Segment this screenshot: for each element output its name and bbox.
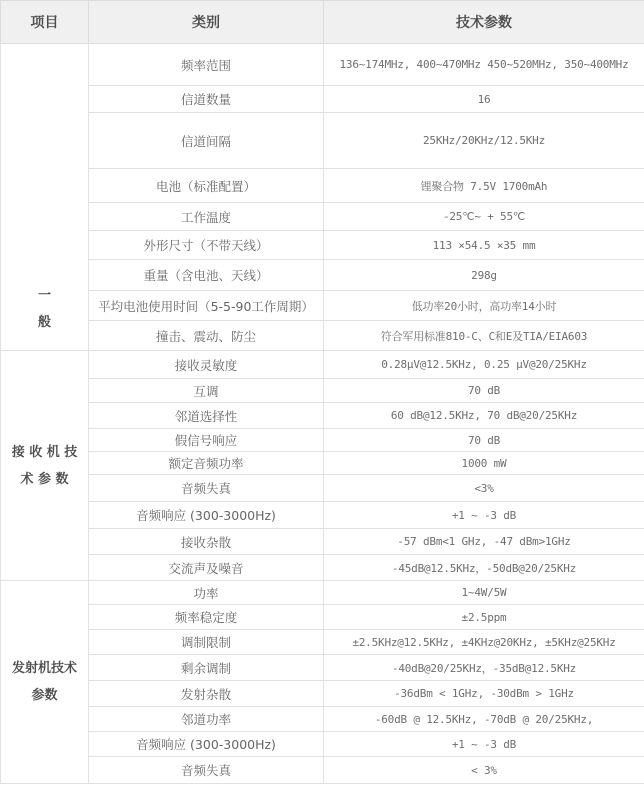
category-cell: 额定音频功率	[89, 452, 324, 475]
category-cell: 平均电池使用时间（5-5-90工作周期）	[89, 291, 324, 321]
group-label-line: 发射机技术	[3, 655, 86, 682]
category-cell: 调制限制	[89, 630, 324, 655]
category-cell: 音频响应 (300-3000Hz)	[89, 502, 324, 529]
category-cell: 工作温度	[89, 203, 324, 231]
value-cell: 1~4W/5W	[324, 581, 644, 605]
category-cell: 剩余调制	[89, 655, 324, 681]
category-cell: 接收杂散	[89, 529, 324, 555]
table-row: 工作温度-25℃~ + 55℃	[1, 203, 644, 231]
table-row: 额定音频功率1000 mW	[1, 452, 644, 475]
category-cell: 发射杂散	[89, 681, 324, 707]
group-label-line: 术 参 数	[3, 466, 86, 493]
table-row: 剩余调制-40dB@20/25KHz，-35dB@12.5KHz	[1, 655, 644, 681]
group-label-cell: 发射机技术参数	[1, 581, 89, 784]
category-cell: 撞击、震动、防尘	[89, 321, 324, 351]
value-cell: -25℃~ + 55℃	[324, 203, 644, 231]
category-cell: 假信号响应	[89, 429, 324, 452]
group-label-line: 般	[3, 309, 86, 336]
value-cell: 符合军用标准810-C、C和E及TIA/EIA603	[324, 321, 644, 351]
category-cell: 频率稳定度	[89, 605, 324, 630]
category-cell: 音频响应 (300-3000Hz)	[89, 732, 324, 757]
category-cell: 功率	[89, 581, 324, 605]
spec-table-body: 一般频率范围136~174MHz, 400~470MHz 450~520MHz,…	[1, 44, 644, 784]
table-row: 调制限制±2.5KHz@12.5KHz, ±4KHz@20KHz, ±5KHz@…	[1, 630, 644, 655]
spec-table-header: 项目 类别 技术参数	[1, 1, 644, 44]
category-cell: 互调	[89, 379, 324, 403]
value-cell: 298g	[324, 260, 644, 291]
value-cell: -45dB@12.5KHz，-50dB@20/25KHz	[324, 555, 644, 581]
table-row: 音频失真<3%	[1, 475, 644, 502]
category-cell: 电池（标准配置）	[89, 169, 324, 203]
table-row: 邻道功率-60dB @ 12.5KHz, -70dB @ 20/25KHz,	[1, 707, 644, 732]
value-cell: 136~174MHz, 400~470MHz 450~520MHz, 350~4…	[324, 44, 644, 86]
table-row: 信道间隔25KHz/20KHz/12.5KHz	[1, 113, 644, 169]
table-row: 邻道选择性60 dB@12.5KHz, 70 dB@20/25KHz	[1, 403, 644, 429]
group-label-cell: 接 收 机 技术 参 数	[1, 351, 89, 581]
category-cell: 音频失真	[89, 757, 324, 784]
header-parameter: 技术参数	[324, 1, 644, 44]
value-cell: < 3%	[324, 757, 644, 784]
value-cell: 60 dB@12.5KHz, 70 dB@20/25KHz	[324, 403, 644, 429]
value-cell: <3%	[324, 475, 644, 502]
value-cell: +1 ~ -3 dB	[324, 502, 644, 529]
table-row: 音频响应 (300-3000Hz)+1 ~ -3 dB	[1, 502, 644, 529]
table-row: 音频失真< 3%	[1, 757, 644, 784]
value-cell: 113 ×54.5 ×35 mm	[324, 231, 644, 260]
group-label-line: 参数	[3, 682, 86, 709]
table-row: 重量（含电池、天线）298g	[1, 260, 644, 291]
table-row: 频率稳定度±2.5ppm	[1, 605, 644, 630]
group-label-cell: 一般	[1, 44, 89, 351]
value-cell: ±2.5ppm	[324, 605, 644, 630]
group-label-line: 接 收 机 技	[3, 439, 86, 466]
category-cell: 频率范围	[89, 44, 324, 86]
value-cell: 70 dB	[324, 429, 644, 452]
value-cell: +1 ~ -3 dB	[324, 732, 644, 757]
group-label-line: 一	[3, 282, 86, 309]
table-row: 一般频率范围136~174MHz, 400~470MHz 450~520MHz,…	[1, 44, 644, 86]
value-cell: ±2.5KHz@12.5KHz, ±4KHz@20KHz, ±5KHz@25KH…	[324, 630, 644, 655]
category-cell: 外形尺寸（不带天线）	[89, 231, 324, 260]
table-row: 电池（标准配置）锂聚合物 7.5V 1700mAh	[1, 169, 644, 203]
value-cell: 70 dB	[324, 379, 644, 403]
category-cell: 邻道功率	[89, 707, 324, 732]
spec-table: 项目 类别 技术参数 一般频率范围136~174MHz, 400~470MHz …	[0, 0, 644, 784]
value-cell: 1000 mW	[324, 452, 644, 475]
value-cell: -60dB @ 12.5KHz, -70dB @ 20/25KHz,	[324, 707, 644, 732]
value-cell: 锂聚合物 7.5V 1700mAh	[324, 169, 644, 203]
table-row: 假信号响应70 dB	[1, 429, 644, 452]
category-cell: 音频失真	[89, 475, 324, 502]
table-row: 音频响应 (300-3000Hz)+1 ~ -3 dB	[1, 732, 644, 757]
value-cell: -36dBm < 1GHz, -30dBm > 1GHz	[324, 681, 644, 707]
table-row: 平均电池使用时间（5-5-90工作周期）低功率20小时，高功率14小时	[1, 291, 644, 321]
value-cell: 低功率20小时，高功率14小时	[324, 291, 644, 321]
table-row: 交流声及噪音-45dB@12.5KHz，-50dB@20/25KHz	[1, 555, 644, 581]
category-cell: 重量（含电池、天线）	[89, 260, 324, 291]
value-cell: -40dB@20/25KHz，-35dB@12.5KHz	[324, 655, 644, 681]
table-row: 互调70 dB	[1, 379, 644, 403]
value-cell: -57 dBm<1 GHz, -47 dBm>1GHz	[324, 529, 644, 555]
table-row: 发射杂散-36dBm < 1GHz, -30dBm > 1GHz	[1, 681, 644, 707]
table-row: 信道数量16	[1, 86, 644, 113]
table-row: 接收杂散-57 dBm<1 GHz, -47 dBm>1GHz	[1, 529, 644, 555]
category-cell: 信道间隔	[89, 113, 324, 169]
header-item: 项目	[1, 1, 89, 44]
category-cell: 接收灵敏度	[89, 351, 324, 379]
spec-page: 项目 类别 技术参数 一般频率范围136~174MHz, 400~470MHz …	[0, 0, 644, 784]
table-row: 撞击、震动、防尘符合军用标准810-C、C和E及TIA/EIA603	[1, 321, 644, 351]
category-cell: 邻道选择性	[89, 403, 324, 429]
table-row: 发射机技术参数功率1~4W/5W	[1, 581, 644, 605]
table-row: 外形尺寸（不带天线）113 ×54.5 ×35 mm	[1, 231, 644, 260]
category-cell: 信道数量	[89, 86, 324, 113]
category-cell: 交流声及噪音	[89, 555, 324, 581]
header-category: 类别	[89, 1, 324, 44]
table-row: 接 收 机 技术 参 数接收灵敏度0.28μV@12.5KHz, 0.25 μV…	[1, 351, 644, 379]
header-row: 项目 类别 技术参数	[1, 1, 644, 44]
value-cell: 25KHz/20KHz/12.5KHz	[324, 113, 644, 169]
value-cell: 0.28μV@12.5KHz, 0.25 μV@20/25KHz	[324, 351, 644, 379]
value-cell: 16	[324, 86, 644, 113]
